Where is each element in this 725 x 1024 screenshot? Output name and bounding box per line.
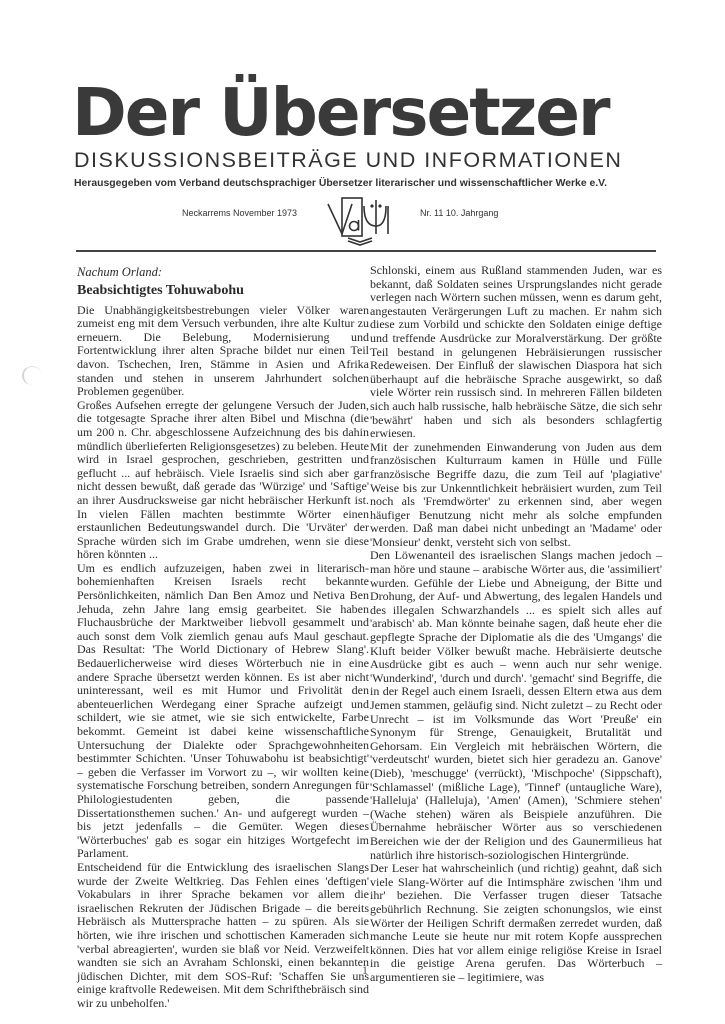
header-divider <box>76 250 656 252</box>
vdue-monogram-logo-icon <box>324 196 396 246</box>
paragraph: Den Löwenanteil des israelischen Slangs … <box>370 549 662 862</box>
paragraph: Schlonski, einem aus Rußland stammenden … <box>370 264 662 441</box>
paragraph: Die Unabhängigkeitsbestrebungen vieler V… <box>77 304 369 399</box>
issue-number: Nr. 11 10. Jahrgang <box>420 208 498 218</box>
article-headline: Beabsichtigtes Tohuwabohu <box>77 283 369 299</box>
article-right-column: Schlonski, einem aus Rußland stammenden … <box>370 264 662 984</box>
paragraph: Um es endlich aufzuzeigen, haben zwei in… <box>77 562 369 861</box>
paragraph: Der Leser hat wahrscheinlich (und richti… <box>370 862 662 984</box>
punch-hole-mark <box>22 366 42 385</box>
publisher-line: Herausgegeben vom Verband deutschsprachi… <box>74 178 674 189</box>
place-date: Neckarrems November 1973 <box>182 208 297 218</box>
paragraph: Entscheidend für die Entwicklung des isr… <box>77 861 369 1011</box>
article-author: Nachum Orland: <box>77 266 369 280</box>
document-page: Der Übersetzer DISKUSSIONSBEITRÄGE UND I… <box>0 0 725 1024</box>
article-left-column: Nachum Orland: Beabsichtigtes Tohuwabohu… <box>77 266 369 1010</box>
masthead-subtitle: DISKUSSIONSBEITRÄGE UND INFORMATIONEN <box>74 148 674 173</box>
masthead-title: Der Übersetzer <box>72 78 672 148</box>
paragraph: Großes Aufsehen erregte der gelungene Ve… <box>77 399 369 562</box>
page-number: 1 <box>362 963 368 978</box>
paragraph: Mit der zunehmenden Einwanderung von Jud… <box>370 441 662 550</box>
